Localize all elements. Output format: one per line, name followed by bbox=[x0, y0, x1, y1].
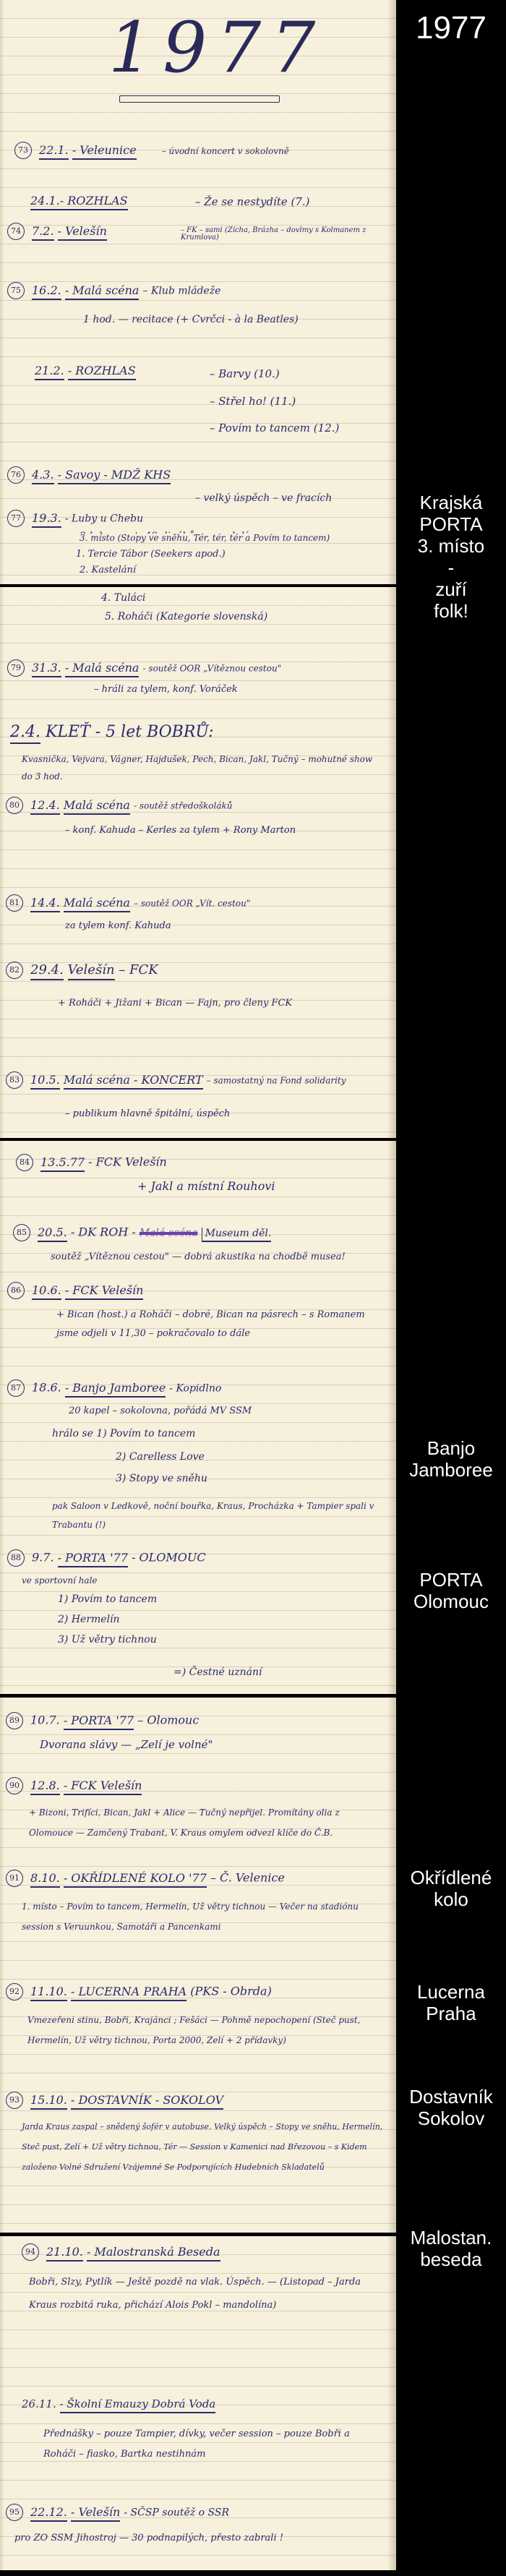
label-dostavnik-sokolov: Dostavník Sokolov bbox=[396, 2086, 506, 2129]
entry-82: 8229.4. Velešín – FCK bbox=[6, 962, 158, 979]
entry-94: 9421.10. - Malostranská Beseda bbox=[22, 2243, 220, 2261]
year-underline bbox=[119, 95, 280, 103]
entry-77: 7719.3. - Luby u Chebu bbox=[7, 510, 143, 527]
song-line: – Že se nestydíte (7.) bbox=[195, 197, 310, 207]
entry-rozhlas-2: 21.2. - ROZHLAS bbox=[35, 365, 136, 377]
label-malostranska-beseda: Malostan. beseda bbox=[396, 2227, 506, 2270]
song-line: 2) Hermelín bbox=[58, 1614, 120, 1625]
entry-83: 8310.5. Malá scéna - KONCERT – samostatn… bbox=[6, 1071, 346, 1089]
entry-80: 8012.4. Malá scéna - soutěž středoškolák… bbox=[6, 797, 232, 814]
entry-91: 918.10. - OKŘÍDLENÉ KOLO '77 – Č. Veleni… bbox=[6, 1870, 285, 1887]
entry-92: 9211.10. - LUCERNA PRAHA (PKS - Obrda) bbox=[6, 1983, 272, 2001]
year-heading: 1977 bbox=[108, 7, 325, 88]
entry-87: 8718.6. - Banjo Jamboree - Kopidlno bbox=[7, 1379, 221, 1397]
song-line: 2) Carelless Love bbox=[116, 1452, 205, 1462]
song-line: 3) Už větry tichnou bbox=[58, 1635, 157, 1645]
entry-klet: 2.4. KLEŤ - 5 let BOBRŮ: bbox=[10, 724, 214, 740]
notebook-page-4: 8910.7. - PORTA '77 – Olomouc Dvorana sl… bbox=[0, 1698, 396, 2233]
entry-76: 764.3. - Savoy - MDŽ KHS bbox=[7, 466, 171, 484]
annotation-column: 1977 Krajská PORTA 3. místo - zuří folk!… bbox=[396, 0, 506, 2576]
entry-73: 7322.1. - Veleunice – úvodní koncert v s… bbox=[14, 142, 289, 159]
song-line: hrálo se 1) Povím to tancem bbox=[52, 1429, 195, 1439]
song-line: 3) Stopy ve sněhu bbox=[116, 1473, 207, 1484]
notebook-page-5: 9421.10. - Malostranská Beseda Bobři, Sl… bbox=[0, 2236, 396, 2570]
entry-81: 8114.4. Malá scéna – soutěž OOR „Vít. ce… bbox=[6, 894, 250, 912]
label-banjo-jamboree: Banjo Jamboree bbox=[396, 1437, 506, 1481]
label-krajska-porta: Krajská PORTA 3. místo - zuří folk! bbox=[396, 492, 506, 622]
entry-79: 7931.3. - Malá scéna - soutěž OOR „Vítěz… bbox=[7, 659, 281, 677]
entry-74: 747.2. - Velešín bbox=[7, 223, 107, 240]
label-lucerna-praha: Lucerna Praha bbox=[396, 1981, 506, 2024]
entry-93: 9315.10. - DOSTAVNÍK - SOKOLOV bbox=[6, 2092, 223, 2109]
entry-85: 8520.5. - DK ROH - Malá scéna Museum děl… bbox=[13, 1224, 271, 1241]
entry-emauzy: 26.11. - Školní Emauzy Dobrá Voda bbox=[22, 2399, 215, 2410]
entry-89: 8910.7. - PORTA '77 – Olomouc bbox=[6, 1712, 199, 1729]
notebook-page-1-continued: 747.2. - Velešín – FK – sami (Zícha, Brá… bbox=[0, 217, 396, 584]
entry-86: 8610.6. - FCK Velešín bbox=[7, 1282, 143, 1299]
entry-90: 9012.8. - FCK Velešín bbox=[6, 1777, 142, 1794]
label-year: 1977 bbox=[396, 10, 506, 46]
label-okridlene-kolo: Okřídlené kolo bbox=[396, 1867, 506, 1910]
entry-rozhlas-1: 24.1.- ROZHLAS bbox=[30, 195, 128, 207]
entry-78-details: 3. místo (Stopy ve sněhu, Tér, tér, tér … bbox=[0, 534, 396, 584]
entry-95: 9522.12. - Velešín - SČSP soutěž o SSR bbox=[6, 2504, 229, 2521]
song-line: – Barvy (10.) bbox=[210, 369, 280, 380]
song-line: – Střel ho! (11.) bbox=[210, 396, 296, 407]
notebook-scans: 1977 7322.1. - Veleunice – úvodní koncer… bbox=[0, 0, 396, 2576]
notebook-page-2: 4. Tuláci 5. Roháči (Kategorie slovenská… bbox=[0, 587, 396, 1138]
entry-88: 889.7. - PORTA '77 - OLOMOUC bbox=[7, 1549, 206, 1567]
entry-75: 7516.2. - Malá scéna – Klub mládeže bbox=[7, 282, 220, 299]
label-porta-olomouc: PORTA Olomouc bbox=[396, 1569, 506, 1612]
song-line: – Povím to tancem (12.) bbox=[210, 423, 339, 434]
notebook-page-3: 8413.5.77 - FCK Velešín + Jakl a místní … bbox=[0, 1141, 396, 1694]
entry-84: 8413.5.77 - FCK Velešín bbox=[16, 1154, 167, 1171]
song-line: 1) Povím to tancem bbox=[58, 1594, 157, 1604]
